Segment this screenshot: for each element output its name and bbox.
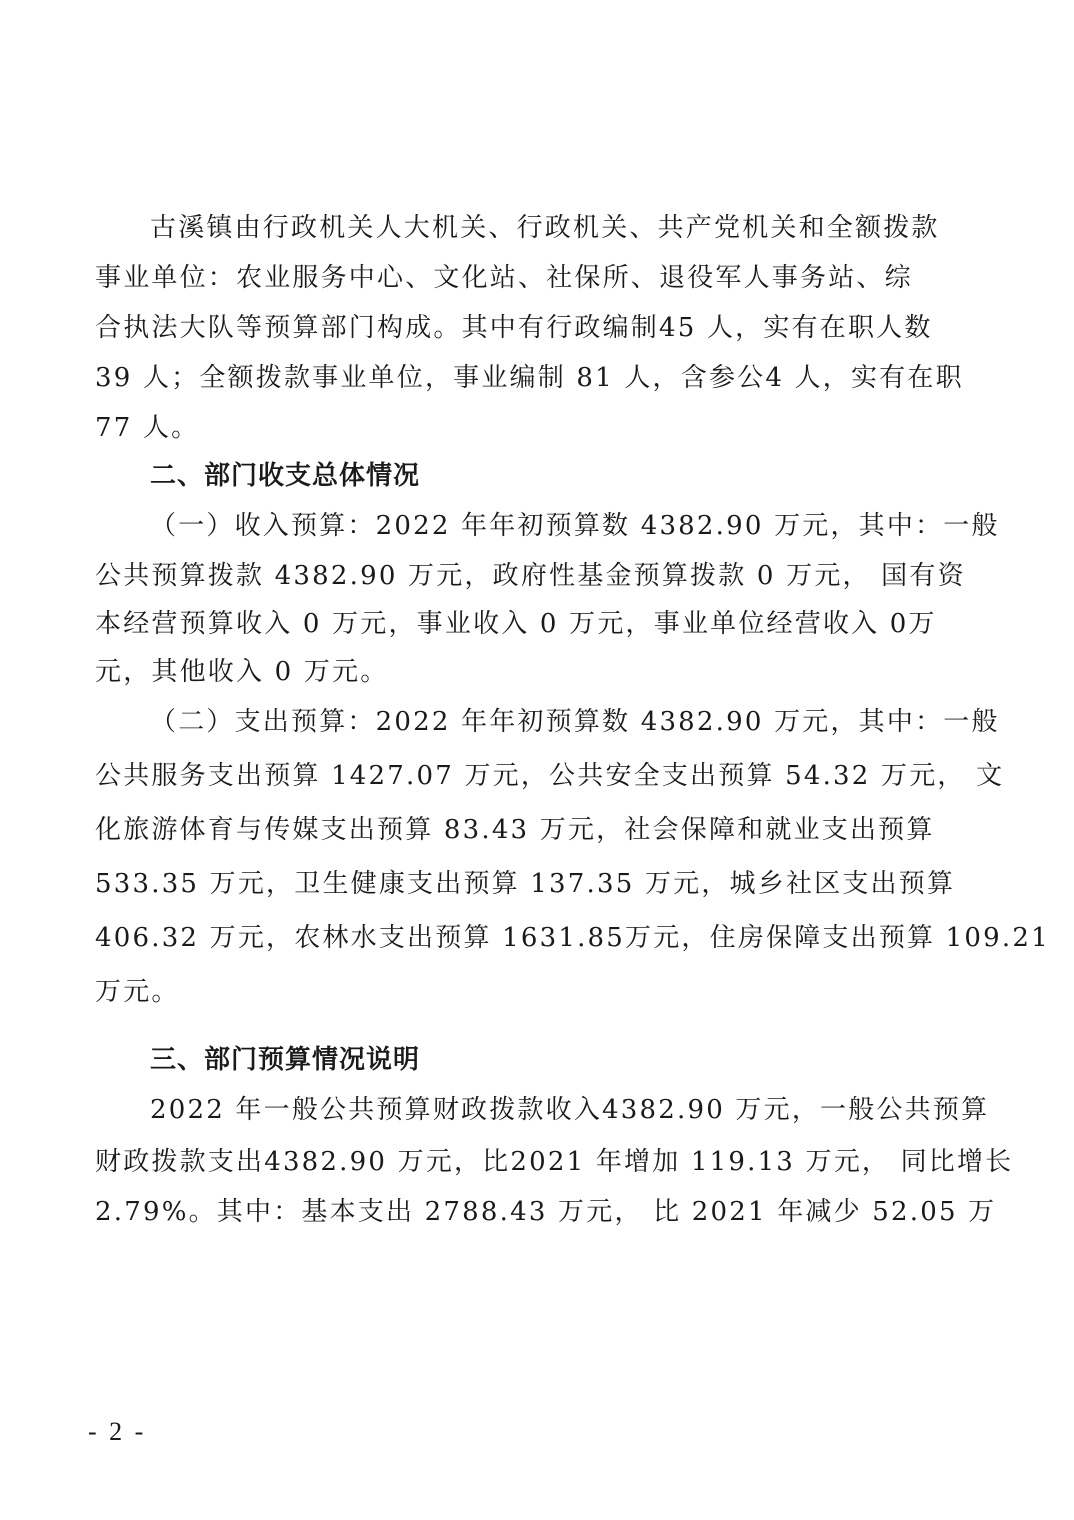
text-line: 406.32 万元，农林水支出预算 1631.85万元，住房保障支出预算 109… [95, 922, 1050, 954]
document-page: 古溪镇由行政机关人大机关、行政机关、共产党机关和全额拨款 事业单位：农业服务中心… [0, 0, 1074, 1520]
text-line: 2022 年一般公共预算财政拨款收入4382.90 万元，一般公共预算 [150, 1094, 989, 1126]
text-line: 533.35 万元，卫生健康支出预算 137.35 万元，城乡社区支出预算 [95, 868, 955, 900]
text-line: （二）支出预算：2022 年年初预算数 4382.90 万元，其中：一般 [150, 706, 1000, 738]
text-line: 公共预算拨款 4382.90 万元，政府性基金预算拨款 0 万元， 国有资 [95, 560, 966, 592]
section-heading-2: 二、部门收支总体情况 [150, 460, 420, 492]
text-line: 事业单位：农业服务中心、文化站、社保所、退役军人事务站、综 [95, 262, 913, 294]
text-line: （一）收入预算：2022 年年初预算数 4382.90 万元，其中：一般 [150, 510, 1000, 542]
text-line: 公共服务支出预算 1427.07 万元，公共安全支出预算 54.32 万元， 文 [95, 760, 1004, 792]
text-line: 化旅游体育与传媒支出预算 83.43 万元，社会保障和就业支出预算 [95, 814, 935, 846]
text-line: 77 人。 [95, 412, 199, 444]
section-heading-3: 三、部门预算情况说明 [150, 1044, 420, 1076]
text-line: 元，其他收入 0 万元。 [95, 656, 388, 688]
text-line: 财政拨款支出4382.90 万元，比2021 年增加 119.13 万元， 同比… [95, 1146, 1013, 1178]
text-line: 古溪镇由行政机关人大机关、行政机关、共产党机关和全额拨款 [150, 212, 940, 244]
page-number: - 2 - [88, 1417, 146, 1447]
text-line: 合执法大队等预算部门构成。其中有行政编制45 人，实有在职人数 [95, 312, 933, 344]
text-line: 万元。 [95, 976, 180, 1008]
text-line: 2.79%。其中：基本支出 2788.43 万元， 比 2021 年减少 52.… [95, 1196, 996, 1228]
text-line: 本经营预算收入 0 万元，事业收入 0 万元，事业单位经营收入 0万 [95, 608, 937, 640]
text-line: 39 人；全额拨款事业单位，事业编制 81 人，含参公4 人，实有在职 [95, 362, 964, 394]
